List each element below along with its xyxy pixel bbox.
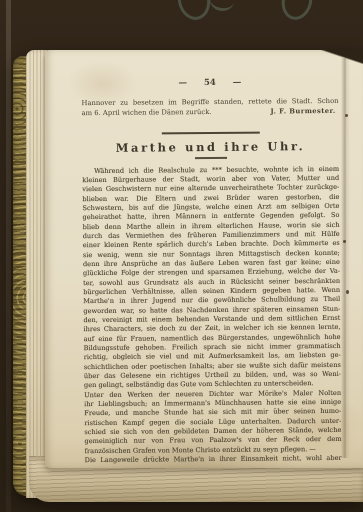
author-signature: J. F. Burmester.: [270, 106, 335, 117]
section-divider-rule: [161, 132, 259, 135]
text-line: Die Langeweile drückte Marthe'n in ihrer…: [85, 454, 342, 466]
text-line: am 6. April wichen die Dänen zurück. J. …: [82, 106, 339, 118]
title-underline-rule: [195, 157, 227, 159]
page-gutter-crease: [341, 58, 350, 458]
page-content: — 54 — Hannover zu besetzen im Begriffe …: [81, 77, 341, 466]
story-title: Marthe und ihre Uhr.: [82, 139, 339, 155]
background-edge-highlight: [6, 0, 11, 512]
story-body: Während ich die Realschule zu *** besuch…: [82, 164, 342, 465]
ink-speck: [345, 114, 348, 117]
chalk-mark-icon: [278, 0, 316, 23]
book: — 54 — Hannover zu besetzen im Begriffe …: [13, 50, 363, 502]
ink-speck: [343, 240, 346, 243]
page-number-dash: —: [233, 78, 242, 88]
ink-speck: [346, 290, 349, 294]
chalk-mark-icon: [209, 0, 236, 13]
previous-article-ending: Hannover zu besetzen im Begriffe standen…: [81, 96, 338, 118]
page-number: — 54 —: [81, 77, 338, 89]
book-page: — 54 — Hannover zu besetzen im Begriffe …: [45, 50, 363, 468]
page-number-value: 54: [204, 78, 216, 88]
photo-background: — 54 — Hannover zu besetzen im Begriffe …: [0, 0, 363, 512]
chalk-mark-icon: [174, 0, 214, 23]
page-number-dash: —: [178, 78, 187, 88]
text-line-fragment: am 6. April wichen die Dänen zurück.: [82, 107, 212, 118]
